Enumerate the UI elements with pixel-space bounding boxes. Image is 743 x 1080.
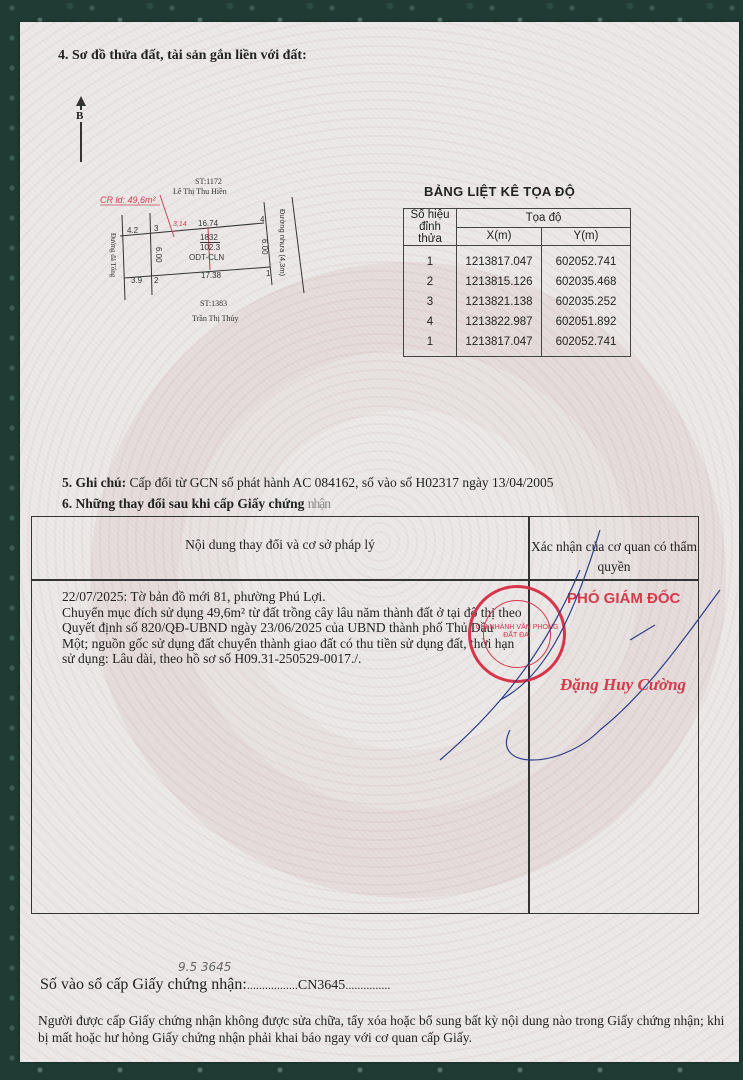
vertex-4: 4 [260,215,264,224]
registry-number-line: Số vào sổ cấp Giấy chứng nhận:..........… [40,976,390,994]
coordinate-cell-vertex: 1 [404,246,457,273]
coordinate-cell-vertex: 1 [404,332,457,357]
col-y: Y(m) [542,227,631,246]
col-vertex: Số hiệu đỉnh thửa [404,209,457,246]
coordinate-cell-x: 1213815.126 [457,272,542,292]
parcel-diagram: ST:1172 Lê Thị Thu Hiền CR ld: 49,6m² 3,… [100,175,340,335]
coordinate-cell-vertex: 3 [404,292,457,312]
signer-name: Đặng Huy Cường [560,675,686,695]
coordinate-cell-vertex: 4 [404,312,457,332]
road-left: Đường đá Tổng [109,233,117,277]
coordinate-row: 21213815.126602035.468 [404,272,631,292]
vertex-2: 2 [154,276,158,285]
coordinate-cell-y: 602035.252 [542,292,631,312]
coordinate-cell-y: 602052.741 [542,332,631,357]
handwritten-registry-note: 9.5 3645 [178,960,231,974]
col-x: X(m) [457,227,542,246]
registry-value: CN3645 [298,978,345,993]
coordinate-cell-y: 602052.741 [542,246,631,273]
parcel-number: 1832 [200,233,218,242]
signature-icon [430,530,730,770]
coordinate-cell-x: 1213817.047 [457,332,542,357]
offset-bottom-left: 3.9 [131,276,142,285]
coordinate-cell-x: 1213817.047 [457,246,542,273]
parcel-area: 102.3 [200,243,220,252]
coordinate-row: 11213817.047602052.741 [404,332,631,357]
coordinate-cell-vertex: 2 [404,272,457,292]
vertex-1: 1 [266,269,270,278]
neighbor-top-owner: Lê Thị Thu Hiền [173,187,227,196]
handwritten-area-note: CR ld: 49,6m² [100,195,156,205]
north-label: B [76,110,83,122]
vertex-3: 3 [154,224,158,233]
land-use-code: ODT-CLN [189,253,224,262]
coordinate-table-title: BẢNG LIỆT KÊ TỌA ĐỘ [424,184,575,199]
neighbor-bottom-parcel: ST:1383 [200,299,227,308]
note-5-label: 5. Ghi chú: [62,475,126,490]
coordinate-row: 31213821.138602035.252 [404,292,631,312]
neighbor-bottom-owner: Trần Thị Thủy [192,314,239,323]
coordinate-cell-y: 602051.892 [542,312,631,332]
coordinate-table: Số hiệu đỉnh thửa Tọa độ X(m) Y(m) 11213… [403,208,631,357]
coordinate-row: 41213822.987602051.892 [404,312,631,332]
obscured-text: nhận [308,496,330,511]
offset-top-left: 4.2 [127,226,138,235]
north-arrow-icon: B [76,96,86,162]
col-coord: Tọa độ [457,209,631,228]
handwritten-dim: 3,14 [173,221,187,228]
coordinate-cell-y: 602035.468 [542,272,631,292]
section-4-heading: 4. Sơ đồ thửa đất, tài sản gắn liền với … [58,48,307,64]
legal-warning: Người được cấp Giấy chứng nhận không đượ… [38,1012,738,1046]
edge-right-length: 6.00 [260,239,269,255]
coordinate-cell-x: 1213822.987 [457,312,542,332]
note-5-text: Cấp đổi từ GCN số phát hành AC 084162, s… [130,475,554,490]
edge-left-length: 6.00 [154,247,163,263]
coordinate-cell-x: 1213821.138 [457,292,542,312]
note-section-5: 5. Ghi chú: Cấp đổi từ GCN số phát hành … [62,475,553,491]
registry-label: Số vào sổ cấp Giấy chứng nhận: [40,976,247,993]
coordinate-row: 11213817.047602052.741 [404,246,631,273]
edge-bottom-length: 17.38 [201,271,221,280]
edge-top-length: 16.74 [198,219,218,228]
section-6-heading: 6. Những thay đổi sau khi cấp Giấy chứng… [62,496,330,512]
road-right: Đường nhựa (4,3m) [278,209,287,276]
neighbor-top-parcel: ST:1172 [195,177,222,186]
